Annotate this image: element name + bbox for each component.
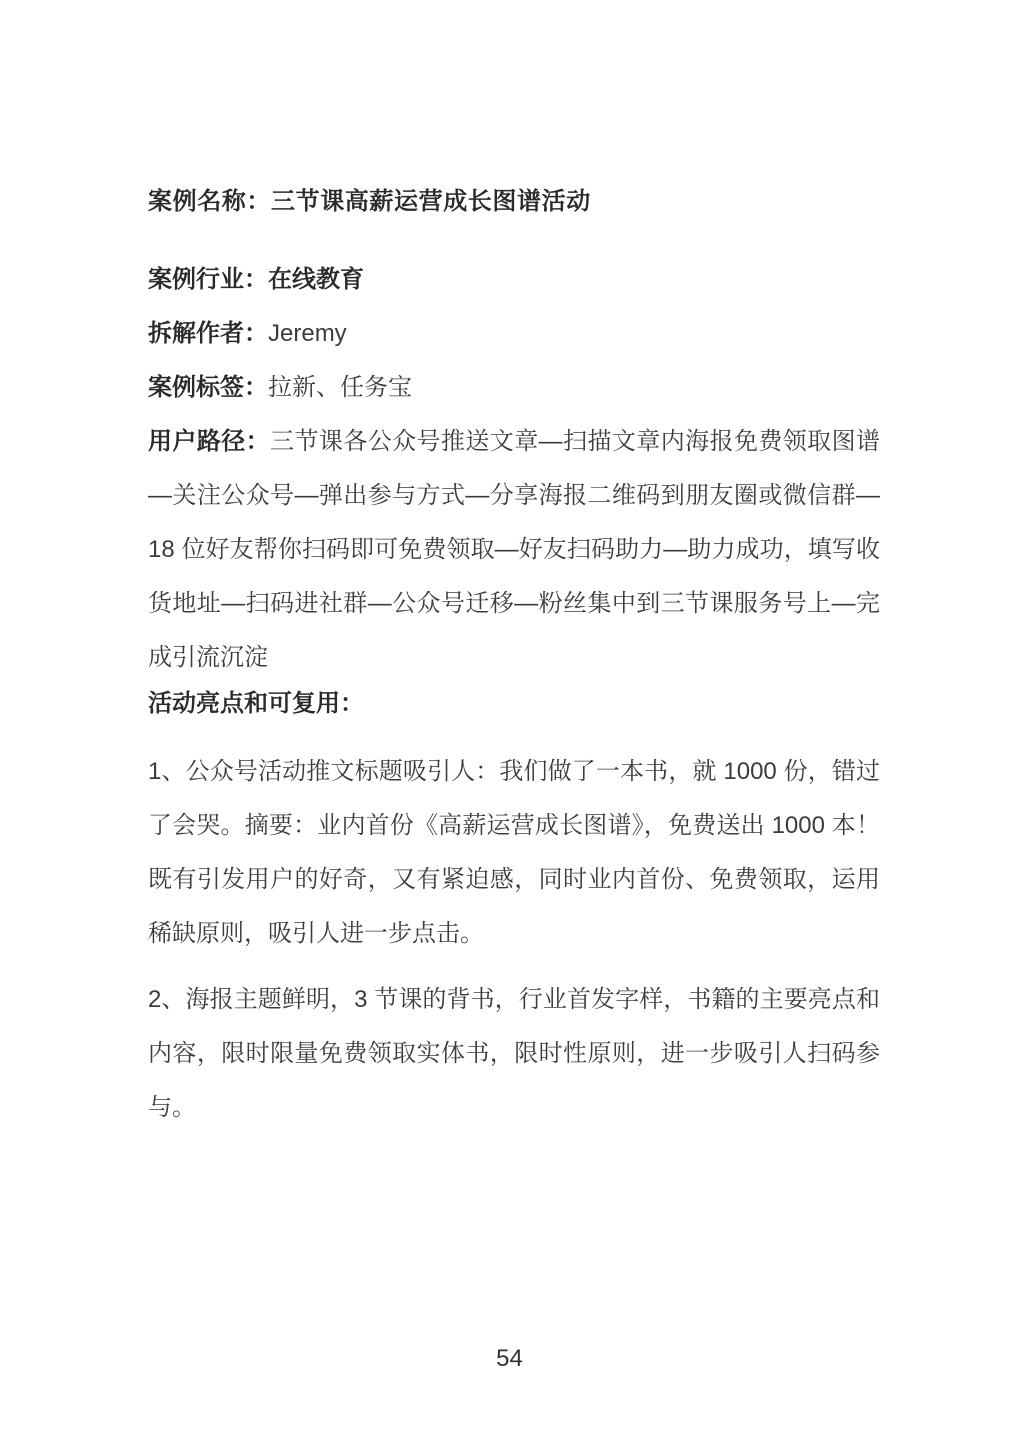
case-author-line: 拆解作者：Jeremy [148, 307, 880, 361]
case-tags-label: 案例标签： [148, 374, 268, 401]
case-name-line: 案例名称：三节课高薪运营成长图谱活动 [148, 175, 880, 229]
document-page: 案例名称：三节课高薪运营成长图谱活动 案例行业：在线教育 拆解作者：Jeremy… [0, 0, 1019, 1440]
case-industry-line: 案例行业：在线教育 [148, 253, 880, 307]
page-number: 54 [0, 1344, 1019, 1374]
case-industry-value: 在线教育 [268, 266, 364, 293]
document-content: 案例名称：三节课高薪运营成长图谱活动 案例行业：在线教育 拆解作者：Jeremy… [148, 175, 880, 1135]
highlight-paragraph-1: 1、公众号活动推文标题吸引人：我们做了一本书，就 1000 份，错过了会哭。摘要… [148, 745, 880, 961]
user-path-label: 用户路径： [148, 428, 270, 455]
case-author-value: Jeremy [268, 320, 347, 347]
case-name-value: 三节课高薪运营成长图谱活动 [271, 188, 591, 215]
case-author-label: 拆解作者： [148, 320, 268, 347]
highlights-heading: 活动亮点和可复用： [148, 677, 880, 731]
case-tags-line: 案例标签：拉新、任务宝 [148, 361, 880, 415]
highlight-paragraph-2: 2、海报主题鲜明，3 节课的背书，行业首发字样，书籍的主要亮点和内容，限时限量免… [148, 973, 880, 1135]
case-name-label: 案例名称： [148, 188, 271, 215]
case-industry-label: 案例行业： [148, 266, 268, 293]
case-tags-value: 拉新、任务宝 [268, 374, 412, 401]
user-path-text: 三节课各公众号推送文章—扫描文章内海报免费领取图谱—关注公众号—弹出参与方式—分… [148, 428, 880, 671]
user-path-paragraph: 用户路径：三节课各公众号推送文章—扫描文章内海报免费领取图谱—关注公众号—弹出参… [148, 415, 880, 685]
